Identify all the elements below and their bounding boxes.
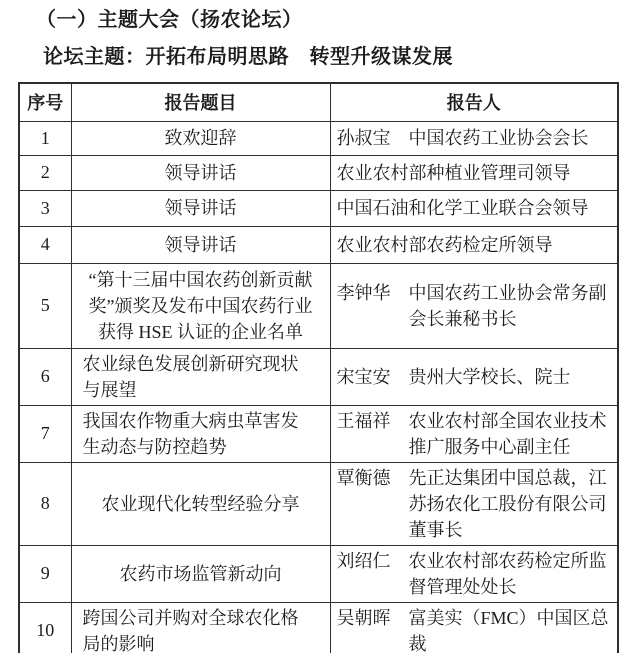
table-header-row: 序号 报告题目 报告人 — [19, 83, 618, 121]
speaker-affiliation: 农业农村部农药检定所领导 — [337, 232, 612, 258]
speaker-name: 宋宝安 — [337, 364, 409, 390]
table-row: 6农业绿色发展创新研究现状与展望宋宝安贵州大学校长、院士 — [19, 348, 618, 405]
speaker-name: 刘绍仁 — [337, 548, 409, 574]
speaker-cell: 农业农村部农药检定所领导 — [330, 226, 618, 263]
row-index-cell: 9 — [19, 545, 71, 602]
speaker-affiliation: 富美实（FMC）中国区总裁 — [409, 605, 615, 653]
speaker-affiliation: 农业农村部种植业管理司领导 — [337, 160, 612, 186]
report-title-cell: 农业绿色发展创新研究现状与展望 — [71, 348, 330, 405]
table-row: 2领导讲话农业农村部种植业管理司领导 — [19, 155, 618, 190]
report-title-cell: “第十三届中国农药创新贡献奖”颁奖及发布中国农药行业获得 HSE 认证的企业名单 — [71, 263, 330, 348]
row-index-cell: 1 — [19, 121, 71, 155]
speaker-cell: 李钟华中国农药工业协会常务副会长兼秘书长 — [330, 263, 618, 348]
report-title-cell: 领导讲话 — [71, 155, 330, 190]
report-title-cell: 农药市场监管新动向 — [71, 545, 330, 602]
speaker-affiliation: 中国农药工业协会常务副会长兼秘书长 — [409, 280, 615, 332]
speaker-cell: 吴朝晖富美实（FMC）中国区总裁 — [330, 602, 618, 653]
speaker-name: 吴朝晖 — [337, 605, 409, 631]
speaker-affiliation: 中国农药工业协会会长 — [409, 125, 615, 151]
speaker-cell: 农业农村部种植业管理司领导 — [330, 155, 618, 190]
table-row: 3领导讲话中国石油和化学工业联合会领导 — [19, 190, 618, 226]
header-index-cell: 序号 — [19, 83, 71, 121]
report-title-cell: 我国农作物重大病虫草害发生动态与防控趋势 — [71, 405, 330, 462]
header-title-cell: 报告题目 — [71, 83, 330, 121]
speaker-cell: 中国石油和化学工业联合会领导 — [330, 190, 618, 226]
table-row: 4领导讲话农业农村部农药检定所领导 — [19, 226, 618, 263]
report-title-cell: 领导讲话 — [71, 226, 330, 263]
document-page: （一）主题大会（扬农论坛） 论坛主题：开拓布局明思路 转型升级谋发展 序号 报告… — [0, 0, 640, 653]
speaker-cell: 宋宝安贵州大学校长、院士 — [330, 348, 618, 405]
row-index-cell: 7 — [19, 405, 71, 462]
speaker-cell: 覃衡德先正达集团中国总裁，江苏扬农化工股份有限公司董事长 — [330, 462, 618, 545]
table-row: 9农药市场监管新动向刘绍仁农业农村部农药检定所监督管理处处长 — [19, 545, 618, 602]
report-title-cell: 跨国公司并购对全球农化格局的影响 — [71, 602, 330, 653]
table-row: 8农业现代化转型经验分享覃衡德先正达集团中国总裁，江苏扬农化工股份有限公司董事长 — [19, 462, 618, 545]
speaker-cell: 孙叔宝中国农药工业协会会长 — [330, 121, 618, 155]
report-title-cell: 领导讲话 — [71, 190, 330, 226]
speaker-cell: 刘绍仁农业农村部农药检定所监督管理处处长 — [330, 545, 618, 602]
speaker-affiliation: 农业农村部全国农业技术推广服务中心副主任 — [409, 408, 615, 460]
table-row: 7我国农作物重大病虫草害发生动态与防控趋势王福祥农业农村部全国农业技术推广服务中… — [19, 405, 618, 462]
row-index-cell: 2 — [19, 155, 71, 190]
table-row: 1致欢迎辞孙叔宝中国农药工业协会会长 — [19, 121, 618, 155]
speaker-affiliation: 贵州大学校长、院士 — [409, 364, 615, 390]
section-title: （一）主题大会（扬农论坛） — [36, 8, 640, 32]
speaker-name: 覃衡德 — [337, 465, 409, 491]
row-index-cell: 10 — [19, 602, 71, 653]
row-index-cell: 8 — [19, 462, 71, 545]
report-title-cell: 致欢迎辞 — [71, 121, 330, 155]
row-index-cell: 3 — [19, 190, 71, 226]
speaker-name: 王福祥 — [337, 408, 409, 434]
row-index-cell: 6 — [19, 348, 71, 405]
speaker-name: 孙叔宝 — [337, 125, 409, 151]
row-index-cell: 4 — [19, 226, 71, 263]
speaker-affiliation: 中国石油和化学工业联合会领导 — [337, 195, 612, 221]
speaker-name: 李钟华 — [337, 280, 409, 306]
table-row: 10跨国公司并购对全球农化格局的影响吴朝晖富美实（FMC）中国区总裁 — [19, 602, 618, 653]
forum-theme-subtitle: 论坛主题：开拓布局明思路 转型升级谋发展 — [43, 45, 640, 69]
speaker-affiliation: 农业农村部农药检定所监督管理处处长 — [409, 548, 615, 600]
speaker-affiliation: 先正达集团中国总裁，江苏扬农化工股份有限公司董事长 — [409, 465, 615, 543]
report-title-cell: 农业现代化转型经验分享 — [71, 462, 330, 545]
table-row: 5“第十三届中国农药创新贡献奖”颁奖及发布中国农药行业获得 HSE 认证的企业名… — [19, 263, 618, 348]
agenda-table: 序号 报告题目 报告人 1致欢迎辞孙叔宝中国农药工业协会会长2领导讲话农业农村部… — [18, 82, 619, 653]
speaker-cell: 王福祥农业农村部全国农业技术推广服务中心副主任 — [330, 405, 618, 462]
row-index-cell: 5 — [19, 263, 71, 348]
table-body: 1致欢迎辞孙叔宝中国农药工业协会会长2领导讲话农业农村部种植业管理司领导3领导讲… — [19, 121, 618, 653]
header-speaker-cell: 报告人 — [330, 83, 618, 121]
